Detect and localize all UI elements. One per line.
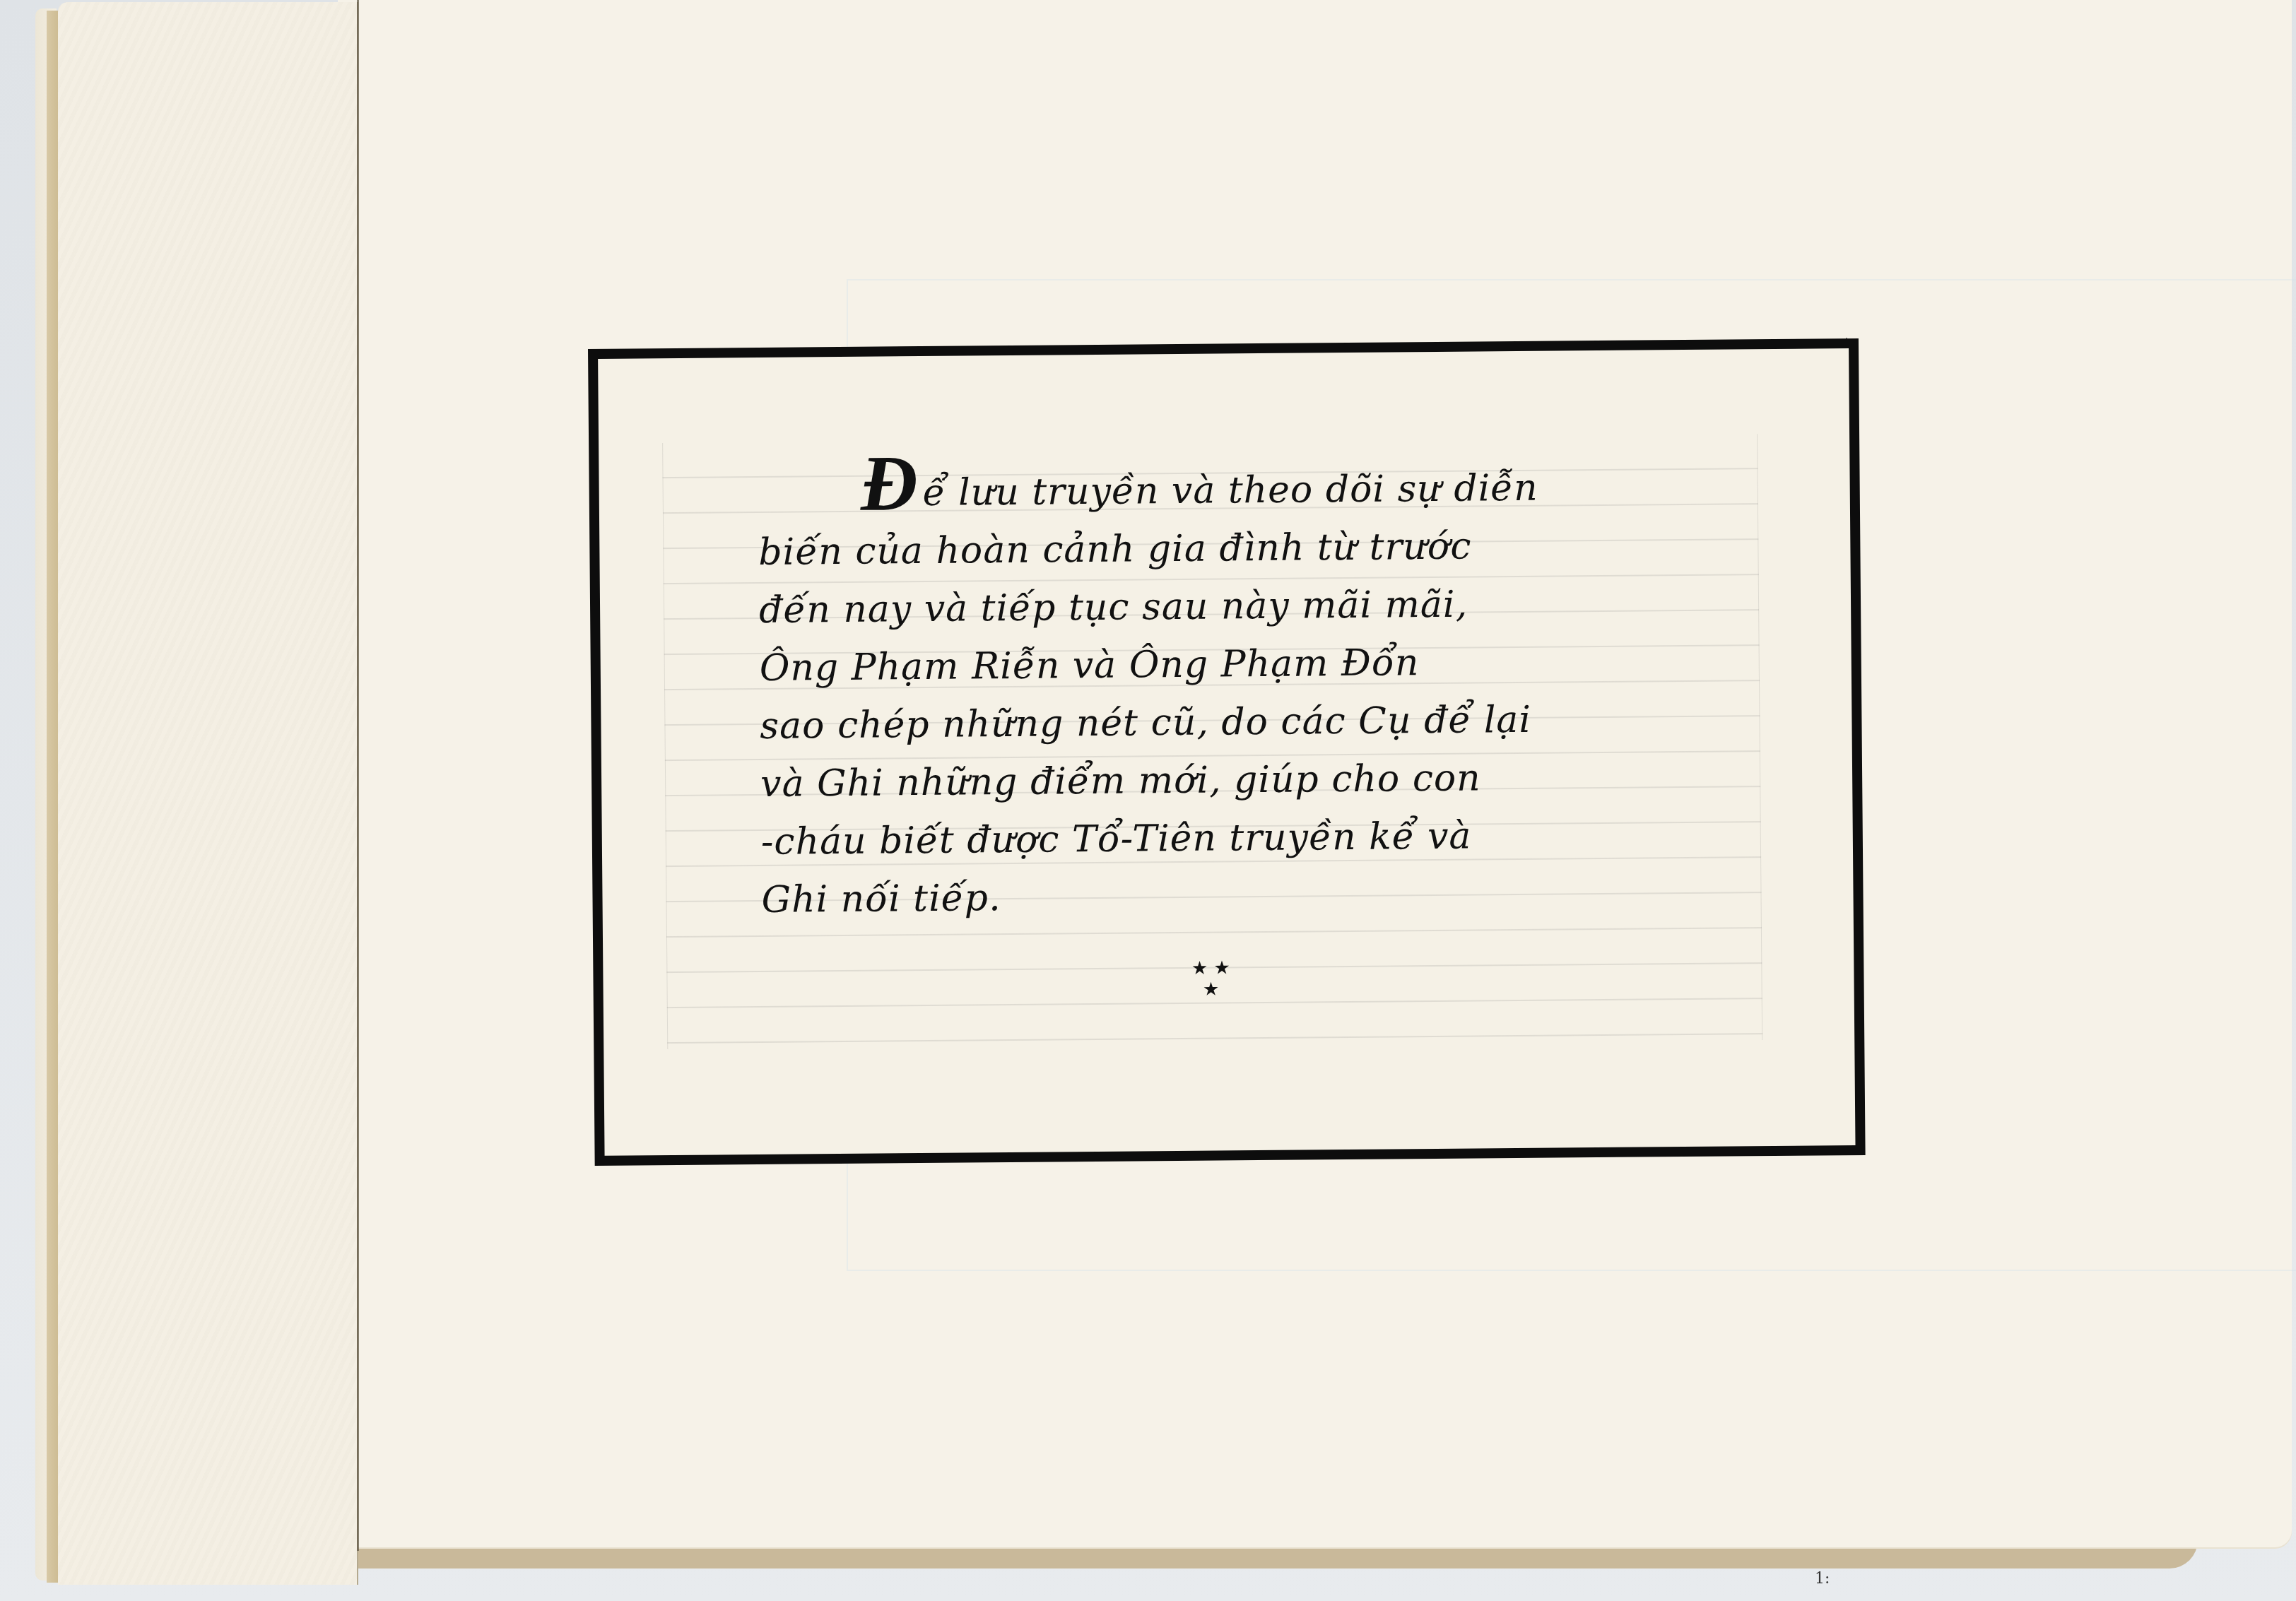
handwritten-text: Để lưu truyền và theo dõi sự diễn biến c… [758, 452, 1666, 929]
bottom-pencil-mark: 1: [1815, 1570, 1830, 1588]
star-ornament: ★ ★ ★ [1179, 957, 1242, 1000]
text-line-6: và Ghi những điểm mới, giúp cho con [760, 748, 1666, 813]
text-line-1: Để lưu truyền và theo dõi sự diễn [758, 452, 1663, 524]
black-border-frame: Để lưu truyền và theo dõi sự diễn biến c… [588, 338, 1866, 1166]
star-icon-row-bottom: ★ [1179, 979, 1243, 1000]
star-icon-row-top: ★ ★ [1179, 957, 1242, 979]
drop-cap: Đ [860, 439, 919, 528]
left-narrow-leaf [58, 2, 358, 1585]
text-line-7: -cháu biết được Tổ-Tiên truyền kể và [761, 805, 1666, 871]
text-line-4: Ông Phạm Riễn và Ông Phạm Đổn [759, 632, 1664, 697]
text-line-3: đến nay và tiếp tục sau này mãi mãi, [759, 574, 1664, 639]
page-gutter [357, 0, 359, 1551]
text-line-2: biến của hoàn cảnh gia đình từ trước [758, 516, 1664, 581]
text-line-5: sao chép những nét cũ, do các Cụ để lại [760, 690, 1665, 755]
text-line-8: Ghi nối tiếp. [761, 863, 1666, 929]
